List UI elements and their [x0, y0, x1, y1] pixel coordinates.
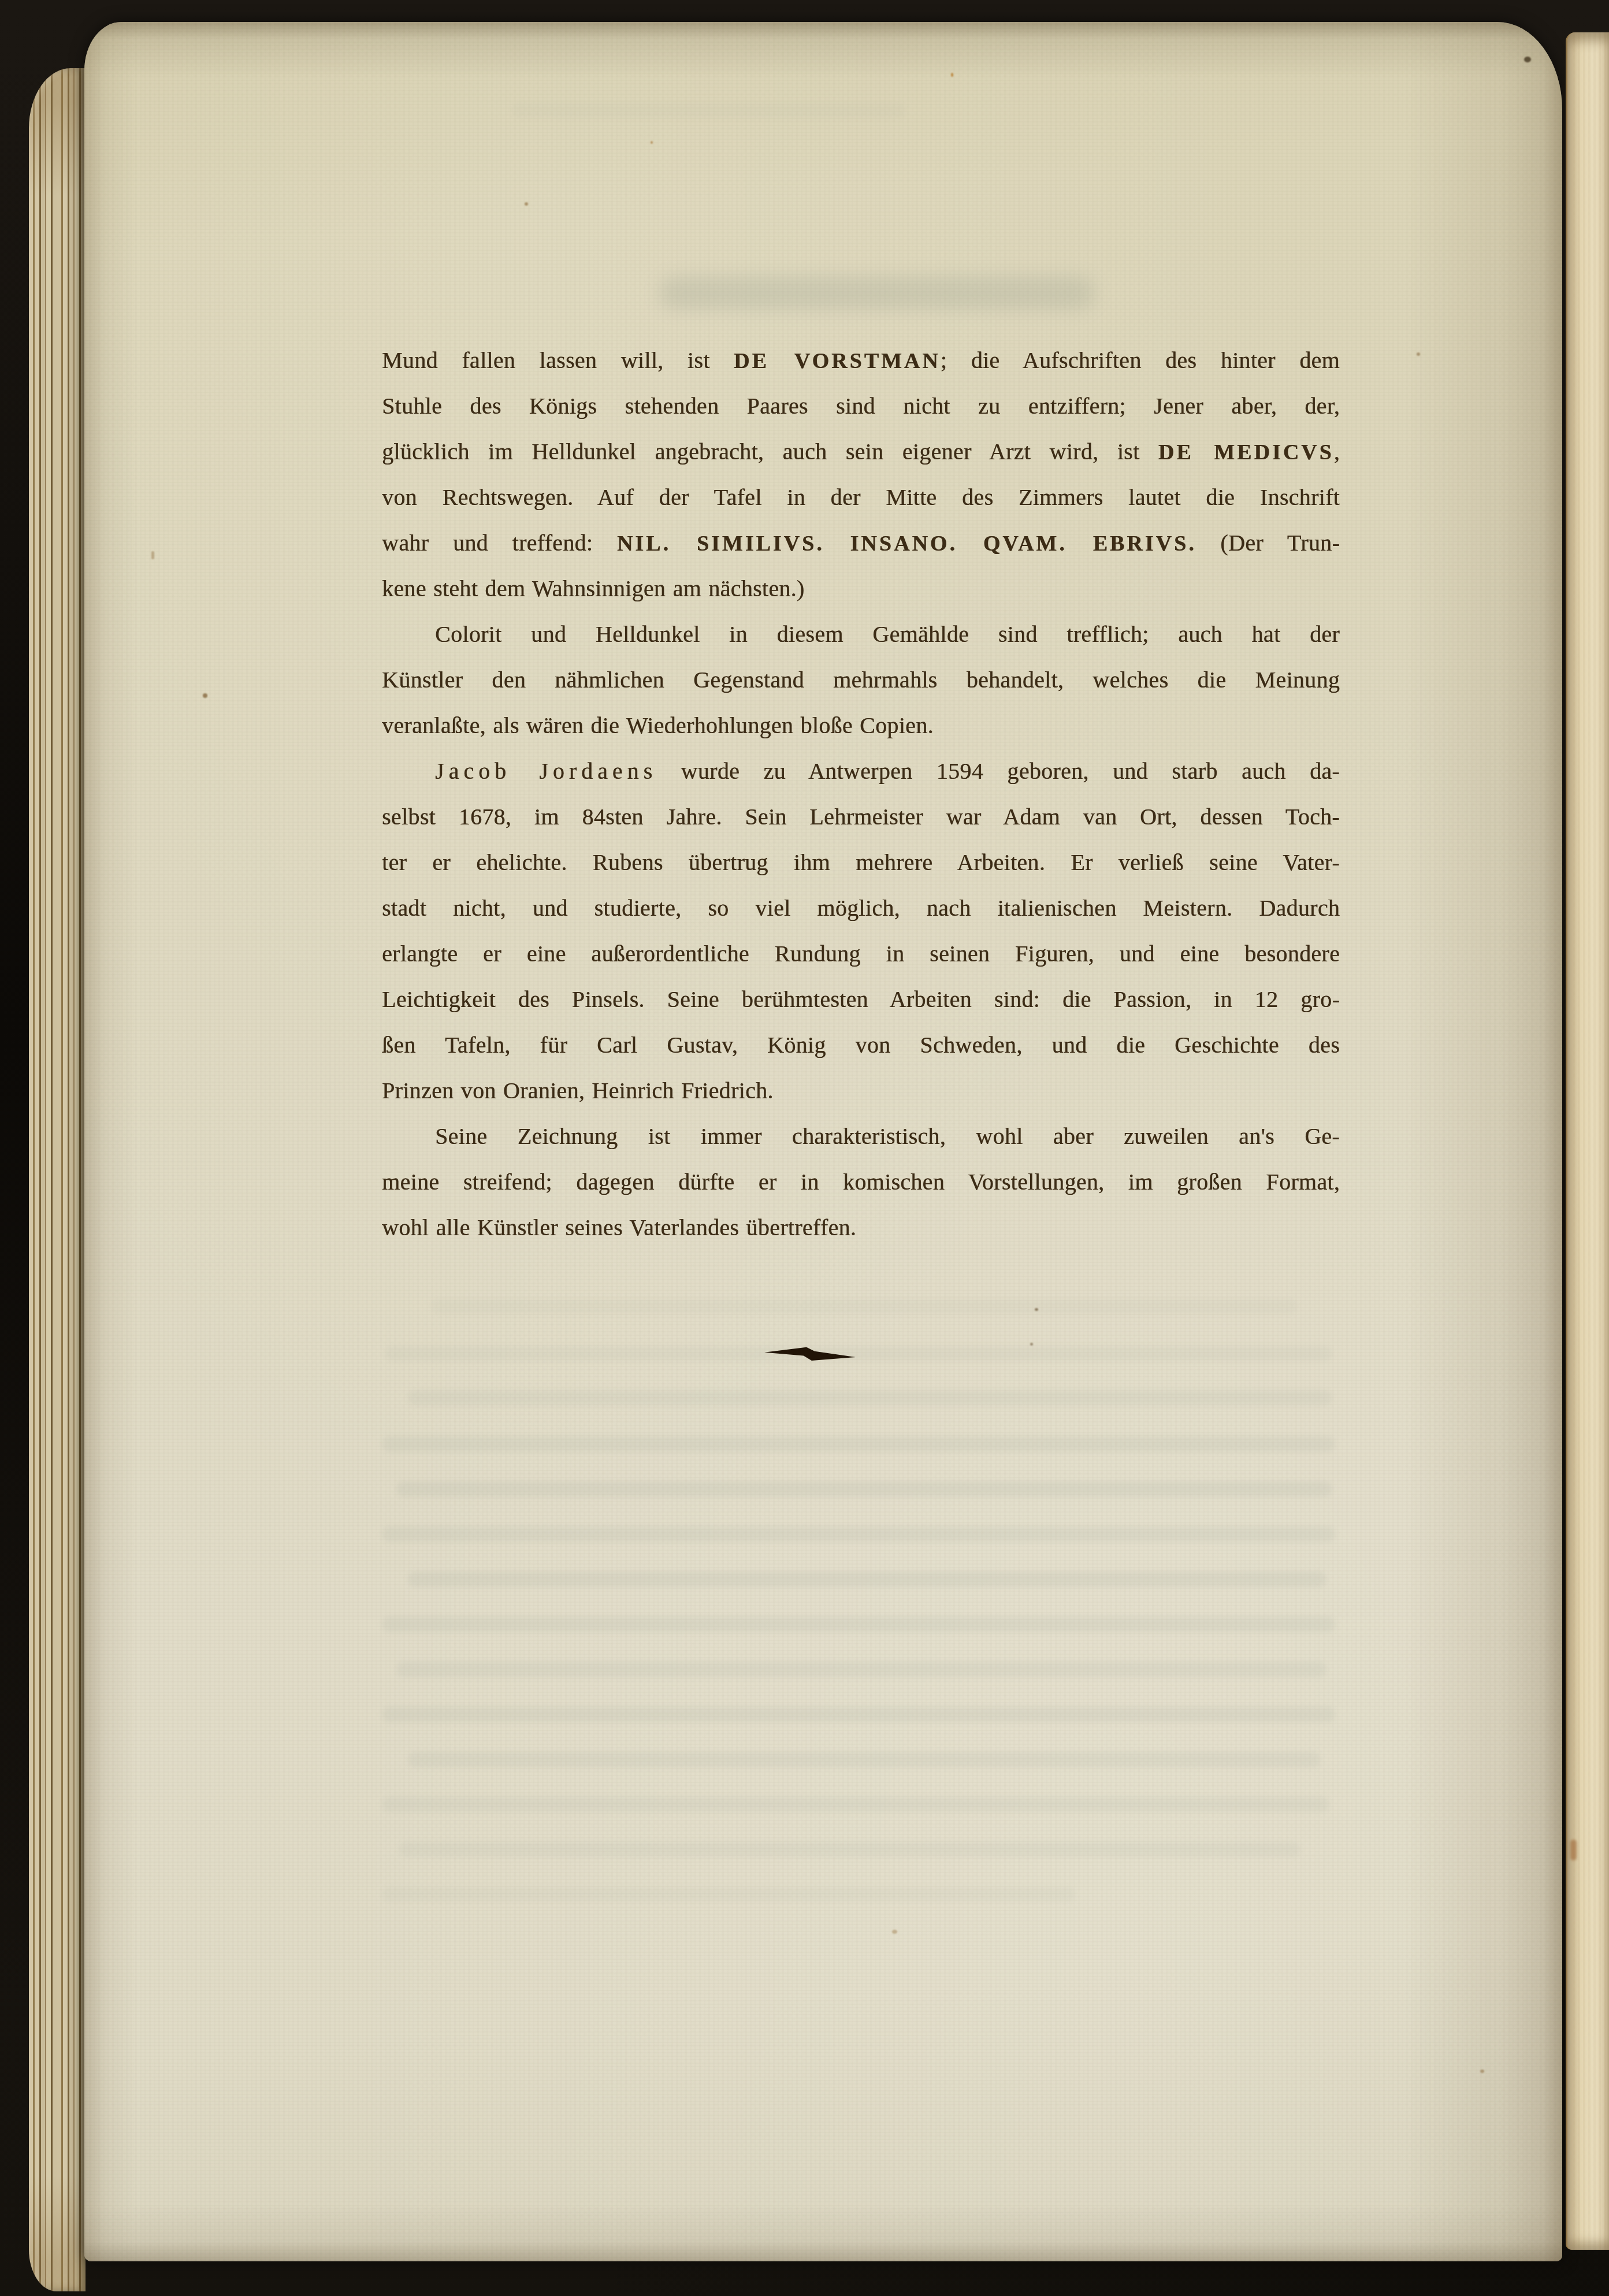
text-line: selbst 1678, im 84sten Jahre. Sein Lehrm…: [382, 794, 1340, 839]
text-segment: wurde zu Antwerpen 1594 geboren, und sta…: [657, 758, 1340, 784]
show-through-line: [408, 1752, 1321, 1767]
latin-inscription-segment: NIL. SIMILIVS. INSANO. QVAM. EBRIVS.: [617, 532, 1196, 556]
text-segment: erlangte er eine außerordentliche Rundun…: [382, 941, 1340, 967]
show-through-line: [399, 1842, 1300, 1857]
show-through-line: [408, 1390, 1332, 1406]
main-page: Mund fallen lassen will, ist DE VORSTMAN…: [84, 22, 1562, 2261]
foxing-spot: [1480, 2070, 1484, 2073]
text-line: ßen Tafeln, für Carl Gustav, König von S…: [382, 1022, 1340, 1068]
foxing-spot: [1030, 1343, 1033, 1346]
show-through-line: [396, 1662, 1326, 1677]
text-line: Stuhle des Königs stehenden Paares sind …: [382, 383, 1340, 429]
text-segment: kene steht dem Wahnsinnigen am nächsten.…: [382, 575, 804, 601]
text-block: Mund fallen lassen will, ist DE VORSTMAN…: [382, 337, 1340, 1250]
foxing-spot: [203, 693, 207, 698]
text-segment: Stuhle des Königs stehenden Paares sind …: [382, 393, 1340, 419]
foxing-spot: [1035, 1308, 1038, 1311]
text-segment: stadt nicht, und studierte, so viel mögl…: [382, 895, 1340, 921]
show-through-line: [382, 1797, 1329, 1812]
text-line: ter er ehelichte. Rubens übertrug ihm me…: [382, 839, 1340, 885]
text-segment: Mund fallen lassen will, ist: [382, 347, 734, 373]
book-photo-background: Mund fallen lassen will, ist DE VORSTMAN…: [0, 0, 1609, 2296]
foxing-spot: [951, 73, 953, 77]
text-segment: meine streifend; dagegen dürfte er in ko…: [382, 1169, 1340, 1195]
show-through-line: [408, 1571, 1326, 1587]
text-segment: Leichtigkeit des Pinsels. Seine berühmte…: [382, 986, 1340, 1012]
show-through-line: [382, 1526, 1335, 1542]
show-through-line: [382, 1707, 1335, 1722]
text-line: wohl alle Künstler seines Vaterlandes üb…: [382, 1205, 1340, 1250]
roman-caps-segment: DE MEDICVS: [1158, 440, 1334, 465]
text-line: wahr und treffend: NIL. SIMILIVS. INSANO…: [382, 520, 1340, 566]
text-segment: glücklich im Helldunkel angebracht, auch…: [382, 439, 1158, 465]
show-through-line: [382, 1436, 1335, 1452]
text-line: Seine Zeichnung ist immer charakteristis…: [382, 1113, 1340, 1159]
foxing-spot: [1524, 57, 1531, 62]
show-through-heading: [659, 276, 1095, 310]
foxing-spot: [892, 1930, 897, 1934]
show-through-line: [382, 1617, 1335, 1632]
foxing-spot: [525, 202, 528, 206]
text-segment: ,: [1334, 439, 1340, 465]
text-line: Prinzen von Oranien, Heinrich Friedrich.: [382, 1068, 1340, 1113]
text-line: Colorit und Helldunkel in diesem Gemähld…: [382, 611, 1340, 657]
text-segment: (Der Trun-: [1196, 530, 1340, 556]
text-line: Mund fallen lassen will, ist DE VORSTMAN…: [382, 337, 1340, 383]
section-divider-ornament: [764, 1346, 856, 1362]
text-segment: selbst 1678, im 84sten Jahre. Sein Lehrm…: [382, 804, 1340, 830]
text-segment: ter er ehelichte. Rubens übertrug ihm me…: [382, 849, 1340, 875]
text-segment: veranlaßte, als wären die Wiederhohlunge…: [382, 712, 934, 738]
text-segment: ßen Tafeln, für Carl Gustav, König von S…: [382, 1032, 1340, 1058]
text-line: veranlaßte, als wären die Wiederhohlunge…: [382, 703, 1340, 748]
show-through-line: [382, 1887, 1075, 1901]
rust-stain: [1570, 1840, 1577, 1860]
left-page-edges: [29, 68, 86, 2291]
show-through-line: [396, 1481, 1332, 1497]
spaced-name-segment: Jacob Jordaens: [435, 758, 657, 784]
roman-caps-segment: DE VORSTMAN: [734, 349, 941, 373]
text-line: meine streifend; dagegen dürfte er in ko…: [382, 1159, 1340, 1205]
text-line: Künstler den nähmlichen Gegenstand mehrm…: [382, 657, 1340, 703]
text-line: glücklich im Helldunkel angebracht, auch…: [382, 429, 1340, 474]
text-segment: ; die Aufschriften des hinter dem: [941, 347, 1340, 373]
paper-fiber: [151, 551, 154, 559]
text-segment: Seine Zeichnung ist immer charakteristis…: [435, 1123, 1340, 1149]
show-through-line: [431, 1299, 1298, 1314]
text-segment: wohl alle Künstler seines Vaterlandes üb…: [382, 1214, 856, 1240]
text-line: von Rechtswegen. Auf der Tafel in der Mi…: [382, 474, 1340, 520]
next-page-edge: [1566, 32, 1609, 2250]
show-through-line: [512, 103, 905, 118]
text-line: stadt nicht, und studierte, so viel mögl…: [382, 885, 1340, 931]
text-segment: wahr und treffend:: [382, 530, 617, 556]
text-line: Jacob Jordaens wurde zu Antwerpen 1594 g…: [382, 748, 1340, 794]
text-line: erlangte er eine außerordentliche Rundun…: [382, 931, 1340, 976]
text-segment: Colorit und Helldunkel in diesem Gemähld…: [435, 621, 1340, 647]
show-through-line: [385, 1346, 1332, 1361]
text-segment: Prinzen von Oranien, Heinrich Friedrich.: [382, 1078, 774, 1104]
foxing-spot: [1417, 352, 1420, 356]
foxing-spot: [651, 141, 653, 144]
text-line: kene steht dem Wahnsinnigen am nächsten.…: [382, 566, 1340, 611]
text-segment: Künstler den nähmlichen Gegenstand mehrm…: [382, 667, 1340, 693]
text-segment: von Rechtswegen. Auf der Tafel in der Mi…: [382, 484, 1340, 510]
text-line: Leichtigkeit des Pinsels. Seine berühmte…: [382, 976, 1340, 1022]
